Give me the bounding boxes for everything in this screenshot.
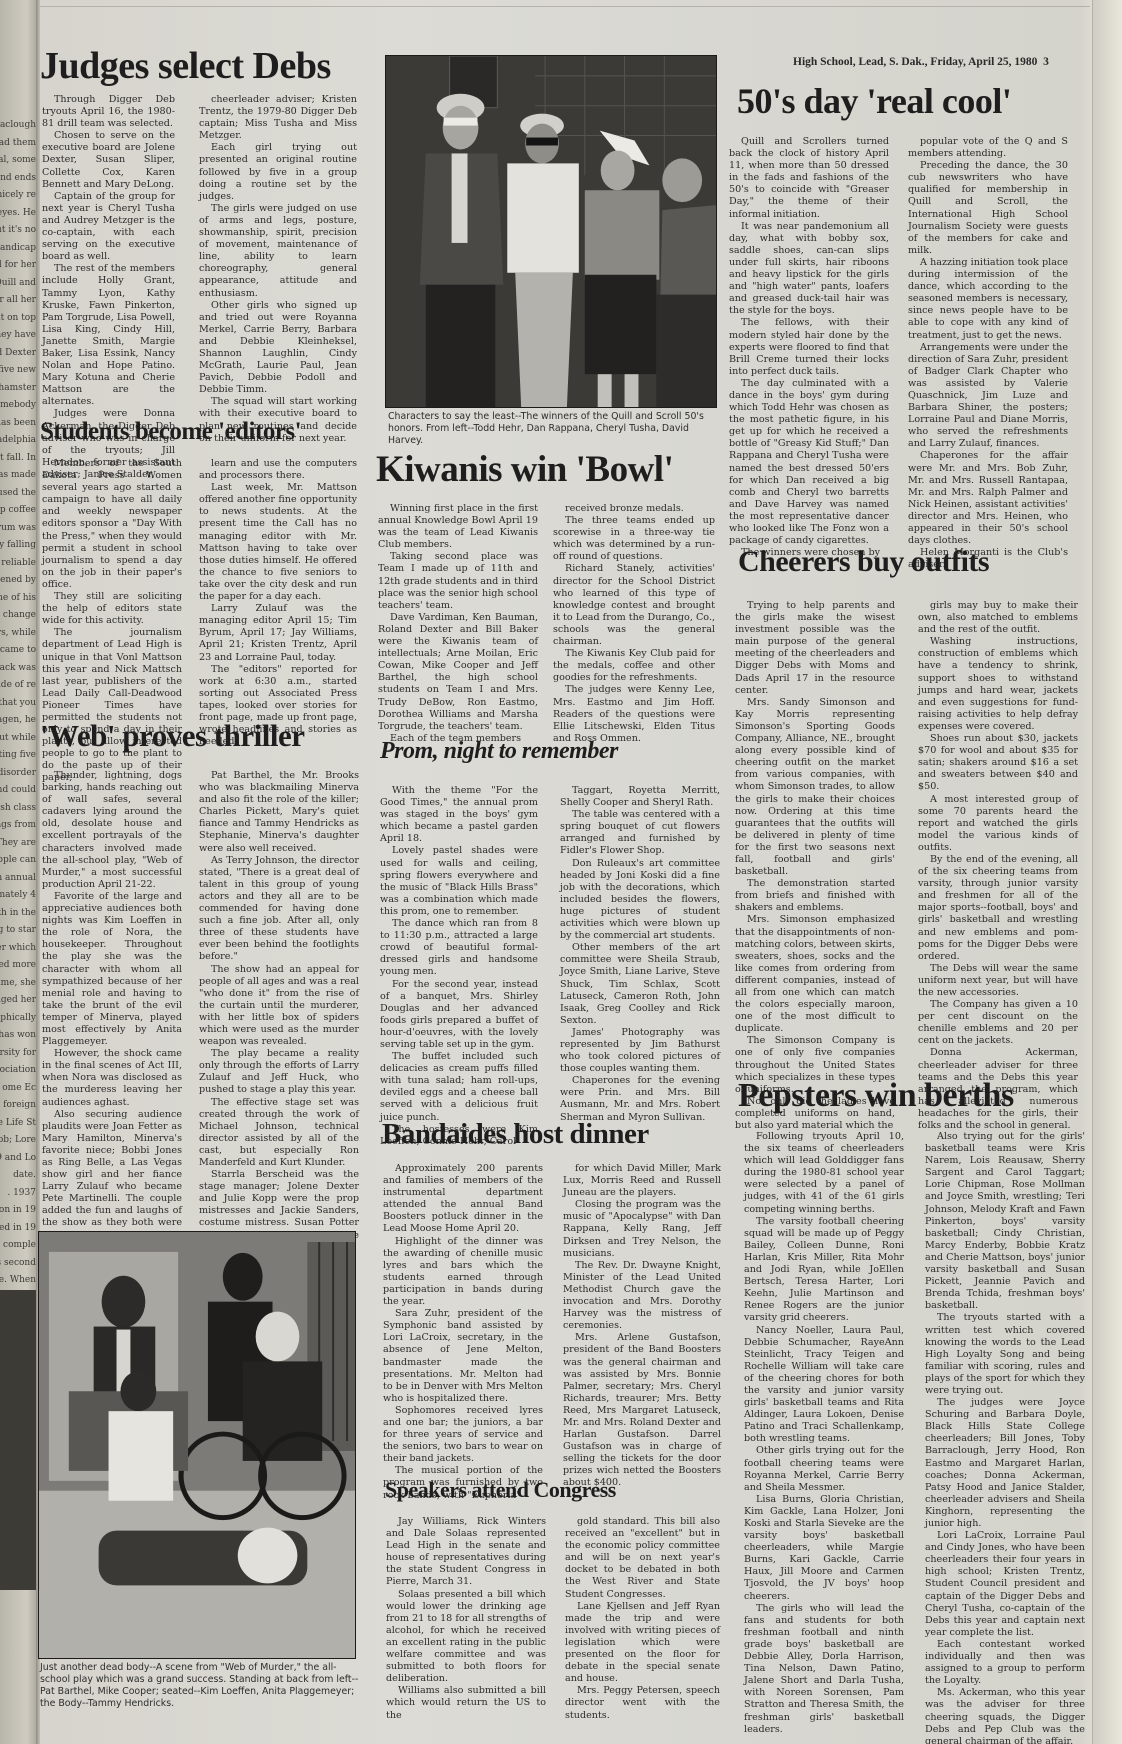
paragraph: Other girls who signed up and tried out … (199, 300, 357, 397)
paragraph: The three teams ended up scorewise in a … (553, 515, 715, 563)
spill-text-fragment: e out on top (0, 313, 36, 325)
spill-text-fragment: but it's no (0, 225, 36, 237)
spill-text-fragment: . They are (0, 838, 36, 850)
spill-text-fragment: eback was (0, 663, 36, 675)
kiwanis-col-2: received bronze medals.The three teams e… (553, 503, 715, 745)
paragraph: Chaperones for the evening were Prin. an… (560, 1075, 720, 1123)
paragraph: Chaperones for the affair were Mr. and M… (908, 450, 1068, 547)
headline-web: 'Web' proves thriller (40, 718, 304, 754)
fifties-winners-image (386, 56, 716, 407)
paragraph: The tryouts started with a written test … (925, 1312, 1085, 1397)
paragraph: The buffet included such delicacies as c… (380, 1051, 538, 1124)
paragraph: A hazzing initiation took place during i… (908, 257, 1068, 342)
right-page-edge (1092, 0, 1122, 1744)
paragraph: Pat Barthel, the Mr. Brooks who was blac… (199, 770, 359, 855)
spill-text-fragment: mind could (0, 785, 36, 797)
paragraph: The rest of the members include Holly Gr… (42, 263, 175, 408)
paragraph: Lovely pastel shades were used for walls… (380, 845, 538, 918)
paragraph: Highlight of the dinner was the awarding… (383, 1236, 543, 1309)
paragraph: The fellows, with their modern styled ha… (729, 317, 889, 377)
headline-speakers: Speakers attend Congress (385, 1477, 616, 1503)
paragraph: It was near pandemonium all day, what wi… (729, 221, 889, 318)
web-photo-caption: Just another dead body--A scene from "We… (40, 1662, 362, 1710)
paragraph: For the second year, instead of a banque… (380, 979, 538, 1052)
spill-text-fragment: reatened by (0, 575, 36, 587)
paragraph: The dance which ran from 8 to 11:30 p.m.… (380, 918, 538, 978)
paragraph: The judges were Joyce Schuring and Barba… (925, 1397, 1085, 1530)
paragraph: Winning first place in the first annual … (378, 503, 538, 551)
paragraph: Dave Vardiman, Ken Bauman, Roland Dexter… (378, 612, 538, 733)
paragraph: girls may buy to make their own, also ma… (918, 600, 1078, 636)
paragraph: The judges were Kenny Lee, Mrs. Eastmo a… (553, 684, 715, 744)
paragraph: Solaas presented a bill which would lowe… (386, 1589, 546, 1686)
headline-prom: Prom, night to remember (380, 738, 618, 765)
paragraph: The table was centered with a spring bou… (560, 809, 720, 857)
spill-text-fragment: e Quill and (0, 278, 36, 290)
paragraph: Preceding the dance, the 30 cub newswrit… (908, 160, 1068, 257)
paragraph: Closing the program was the music of "Ap… (563, 1199, 721, 1259)
paragraph: By the end of the evening, all of the si… (918, 854, 1078, 963)
paragraph: With the theme "For the Good Times," the… (380, 785, 538, 845)
spill-text-fragment: his eyes. He (0, 208, 36, 220)
bandaides-col-2: for which David Miller, Mark Lux, Morris… (563, 1163, 721, 1490)
paragraph: Larry Zulauf was the managing editor Apr… (199, 603, 357, 663)
bandaides-col-1: Approximately 200 parents and families o… (383, 1163, 543, 1502)
paragraph: As Terry Johnson, the director stated, "… (199, 855, 359, 964)
paragraph: Quill and Scrollers turned back the cloc… (729, 136, 889, 221)
paragraph: Each contestant worked individually and … (925, 1639, 1085, 1687)
play-scene-image (39, 1232, 355, 1658)
spill-text-fragment: 9 and Lo (0, 1153, 36, 1165)
page-number: 3 (1043, 56, 1049, 68)
paragraph: Through Digger Deb tryouts April 16, the… (42, 94, 175, 130)
headline-kiwanis: Kiwanis win 'Bowl' (376, 448, 673, 491)
paragraph: The girls who will lead the fans and stu… (744, 1603, 904, 1736)
spill-text-fragment: ome Ec (2, 1083, 36, 1095)
spill-text-fragment: time, she (0, 978, 36, 990)
paragraph: Mrs. Sandy Simonson and Kay Morris repre… (735, 697, 895, 878)
spill-text-fragment: . 1937 (7, 1188, 36, 1200)
paragraph: Mrs. Arlene Gustafson, president of the … (563, 1332, 721, 1489)
dateline: High School, Lead, S. Dak., Friday, Apri… (793, 56, 1049, 68)
spill-text-fragment: ded more (0, 960, 36, 972)
editors-col-2: learn and use the computers and processo… (199, 458, 357, 748)
spill-text-fragment: e Life St (0, 1118, 36, 1130)
spill-text-fragment: ing to star (0, 925, 36, 937)
spill-text-fragment: ting five (0, 750, 36, 762)
spill-text-fragment: out while (0, 733, 36, 745)
paragraph: Lori LaCroix, Lorraine Paul and Cindy Jo… (925, 1530, 1085, 1639)
paragraph: Lisa Burns, Gloria Christian, Kim Gackle… (744, 1494, 904, 1603)
paragraph: The Kiwanis Key Club paid for the medals… (553, 648, 715, 684)
spill-text-fragment: ls and ends (0, 173, 36, 185)
paragraph: The journalism department of Lead High i… (42, 627, 182, 784)
spill-text-fragment: rner which (0, 943, 36, 955)
paragraph: Following tryouts April 10, the six team… (744, 1131, 904, 1216)
spill-text-fragment: urth in the (0, 908, 36, 920)
paragraph: Members of the South Dakota Press Women … (42, 458, 182, 591)
paragraph: The effective stage set was created thro… (199, 1097, 359, 1170)
paragraph: The girls were judged on use of arms and… (199, 203, 357, 300)
pepsters-col-1: Following tryouts April 10, the six team… (744, 1131, 904, 1736)
fifties-col-1: Quill and Scrollers turned back the cloc… (729, 136, 889, 559)
paragraph: Taking second place was Team I made up o… (378, 551, 538, 611)
newspaper-page: arracloughd had themrival, somels and en… (0, 0, 1122, 1744)
spill-text-fragment: He has been (0, 418, 36, 430)
spill-text-fragment: drip coffee (0, 505, 36, 517)
spill-text-fragment: ociation (0, 1065, 36, 1077)
speakers-col-1: Jay Williams, Rick Winters and Dale Sola… (386, 1516, 546, 1722)
paragraph: They still are soliciting the help of ed… (42, 591, 182, 627)
paragraph: Captain of the group for next year is Ch… (42, 191, 175, 264)
spill-text-fragment: date. (13, 1170, 36, 1182)
paragraph: The Debs will wear the same uniform next… (918, 963, 1078, 999)
spill-text-fragment: e handicap (0, 243, 36, 255)
spill-text-fragment: 0th annual (0, 873, 36, 885)
paragraph: Nancy Noeller, Laura Paul, Debbie Schuma… (744, 1325, 904, 1446)
prom-col-1: With the theme "For the Good Times," the… (380, 785, 538, 1148)
web-of-murder-photo (38, 1231, 356, 1659)
paragraph: Taggart, Royetta Merritt, Shelly Cooper … (560, 785, 720, 809)
spill-text-fragment: , comple (0, 1240, 36, 1252)
spill-text-fragment: was made (0, 470, 36, 482)
paragraph: for which David Miller, Mark Lux, Morris… (563, 1163, 721, 1199)
spill-text-fragment: an that you (0, 698, 36, 710)
headline-fifties: 50's day 'real cool' (737, 80, 1011, 122)
spill-text-fragment: nd Dexter (0, 348, 36, 360)
paragraph: However, the shock came in the final sce… (42, 1048, 182, 1108)
spill-text-fragment: ext fall. In (0, 453, 36, 465)
spill-text-fragment: hey have (0, 330, 36, 342)
left-page-spill: arracloughd had themrival, somels and en… (0, 0, 38, 1744)
spill-text-fragment: lied in 19 (0, 1223, 36, 1235)
paragraph: received bronze medals. (553, 503, 715, 515)
paragraph: Mrs. Simonson emphasized that the disapp… (735, 914, 895, 1035)
quill-photo-caption: Characters to say the least--The winners… (388, 411, 720, 447)
spill-text-fragment: re. When (0, 1275, 36, 1287)
spill-text-fragment: e hamster (0, 383, 36, 395)
paragraph: Washing instructions, construction of em… (918, 636, 1078, 733)
paragraph: Lane Kjellsen and Jeff Ryan made the tri… (565, 1601, 720, 1686)
spill-text-fragment: inged her (0, 995, 36, 1007)
spill-text-fragment: hiladelphia (0, 435, 36, 447)
spill-text-fragment: arraclough (0, 120, 36, 132)
paragraph: Sophomores received lyres and one bar; t… (383, 1405, 543, 1465)
spill-text-fragment: versity for (0, 1048, 36, 1060)
paragraph: Last week, Mr. Mattson offered another f… (199, 482, 357, 603)
paragraph: Jay Williams, Rick Winters and Dale Sola… (386, 1516, 546, 1589)
paragraph: Also trying out for the girls' basketbal… (925, 1131, 1085, 1312)
paragraph: Each girl trying out presented an origin… (199, 142, 357, 202)
spill-text-fragment: on in 19 (0, 1205, 36, 1217)
spill-text-fragment: s for all her (0, 295, 36, 307)
web-col-2: Pat Barthel, the Mr. Brooks who was blac… (199, 770, 359, 1254)
spill-text-fragment: ch came to (0, 645, 36, 657)
spill-text-fragment: or disorder (0, 768, 36, 780)
top-rule (40, 6, 1090, 7)
spill-text-fragment: nicely re (0, 190, 36, 202)
headline-bandaides: Bandaides host dinner (382, 1118, 649, 1151)
paragraph: Sara Zuhr, president of the Symphonic ba… (383, 1308, 543, 1405)
paragraph: Richard Stanely, activities' director fo… (553, 563, 715, 648)
cheerers-col-2: girls may buy to make their own, also ma… (918, 600, 1078, 1132)
paragraph: gold standard. This bill also received a… (565, 1516, 720, 1601)
spill-text-fragment: ings from (0, 820, 36, 832)
spill-text-fragment: wers, while (0, 628, 36, 640)
spill-text-fragment: d had them (0, 138, 36, 150)
paragraph: A most interested group of some 70 paren… (918, 794, 1078, 854)
paragraph: Favorite of the large and appreciative a… (42, 891, 182, 1048)
headline-judges: Judges select Debs (40, 44, 331, 88)
spill-text-fragment: people can (0, 855, 36, 867)
spill-text-fragment: rival, some (0, 155, 36, 167)
speakers-col-2: gold standard. This bill also received a… (565, 1516, 720, 1722)
spill-text-fragment: Byrum was (0, 523, 36, 535)
spill-text-fragment: g a foreign (0, 1100, 36, 1112)
spill-text-fragment: lish class (0, 803, 36, 815)
spill-text-fragment: raphically (0, 1013, 36, 1025)
paragraph: learn and use the computers and processo… (199, 458, 357, 482)
spill-text-fragment: he has won (0, 1030, 36, 1042)
paragraph: Arrangements were under the direction of… (908, 342, 1068, 451)
kiwanis-col-1: Winning first place in the first annual … (378, 503, 538, 745)
prom-col-2: Taggart, Royetta Merritt, Shelly Cooper … (560, 785, 720, 1124)
paragraph: The play became a reality only through t… (199, 1048, 359, 1096)
spill-text-fragment: ade of re (0, 680, 36, 692)
spill-text-fragment: ized for her (0, 260, 36, 272)
spill-text-fragment: g five new (0, 365, 36, 377)
headline-pepsters: Pepsters win berths (738, 1077, 1014, 1115)
paragraph: The Rev. Dr. Dwayne Knight, Minister of … (563, 1260, 721, 1333)
spill-text-fragment: . A reliable (0, 558, 36, 570)
paragraph: Don Ruleaux's art committee headed by Jo… (560, 858, 720, 943)
paragraph: Other girls trying out for the football … (744, 1445, 904, 1493)
spill-text-fragment: yone of his (0, 593, 36, 605)
paragraph: The demonstration started from briefs an… (735, 878, 895, 914)
paragraph: Trying to help parents and the girls mak… (735, 600, 895, 697)
cheerers-col-1: Trying to help parents and the girls mak… (735, 600, 895, 1132)
paragraph: popular vote of the Q and S members atte… (908, 136, 1068, 160)
spill-text-fragment: n't change (0, 610, 36, 622)
paragraph: The show had an appeal for people of all… (199, 964, 359, 1049)
spill-text-fragment: Somebody (0, 400, 36, 412)
spill-text-fragment: mately 4 (0, 890, 36, 902)
paragraph: The varsity football cheering squad will… (744, 1216, 904, 1325)
spill-photo-edge (0, 1290, 38, 1590)
dateline-text: High School, Lead, S. Dak., Friday, Apri… (793, 56, 1037, 68)
spill-text-fragment: was second (0, 1258, 36, 1270)
paragraph: Thunder, lightning, dogs barking, hands … (42, 770, 182, 891)
quill-scroll-photo (385, 55, 717, 408)
paragraph: Other members of the art committee were … (560, 942, 720, 1027)
paragraph: Approximately 200 parents and families o… (383, 1163, 543, 1236)
paragraph: Ms. Ackerman, who this year was the advi… (925, 1687, 1085, 1744)
spill-text-fragment: er used the (0, 488, 36, 500)
headline-cheerers: Cheerers buy outfits (738, 545, 989, 579)
paragraph: Chosen to serve on the executive board a… (42, 130, 175, 190)
spill-text-fragment: fully falling (0, 540, 36, 552)
paragraph: The Company has given a 10 per cent disc… (918, 999, 1078, 1047)
paragraph: cheerleader adviser; Kristen Trentz, the… (199, 94, 357, 142)
fifties-col-2: popular vote of the Q and S members atte… (908, 136, 1068, 571)
judges-col-2: cheerleader adviser; Kristen Trentz, the… (199, 94, 357, 445)
paragraph: Williams also submitted a bill which wou… (386, 1685, 546, 1721)
paragraph: The day culminated with a dance in the b… (729, 378, 889, 547)
pepsters-col-2: Also trying out for the girls' basketbal… (925, 1131, 1085, 1744)
paragraph: Shoes run about $30, jackets $70 for woo… (918, 733, 1078, 793)
headline-editors: Students become 'editors' (40, 418, 301, 446)
spill-text-fragment: Job; Lore (0, 1135, 36, 1147)
spill-text-fragment: agen, he (0, 715, 36, 727)
paragraph: James' Photography was represented by Ji… (560, 1027, 720, 1075)
paragraph: Mrs. Peggy Petersen, speech director wen… (565, 1685, 720, 1721)
